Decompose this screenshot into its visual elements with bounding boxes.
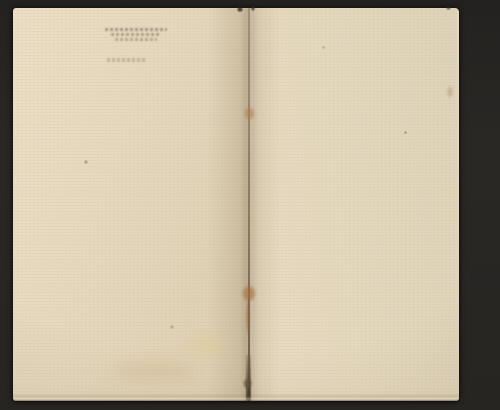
- book-spread: [13, 8, 459, 401]
- page-stack-right-edge: [457, 11, 459, 392]
- left-page: [13, 8, 250, 401]
- right-page: [250, 8, 459, 401]
- center-fold: [248, 8, 250, 401]
- page-stack-bottom-edge: [13, 393, 459, 401]
- book-scan-background: [0, 0, 500, 410]
